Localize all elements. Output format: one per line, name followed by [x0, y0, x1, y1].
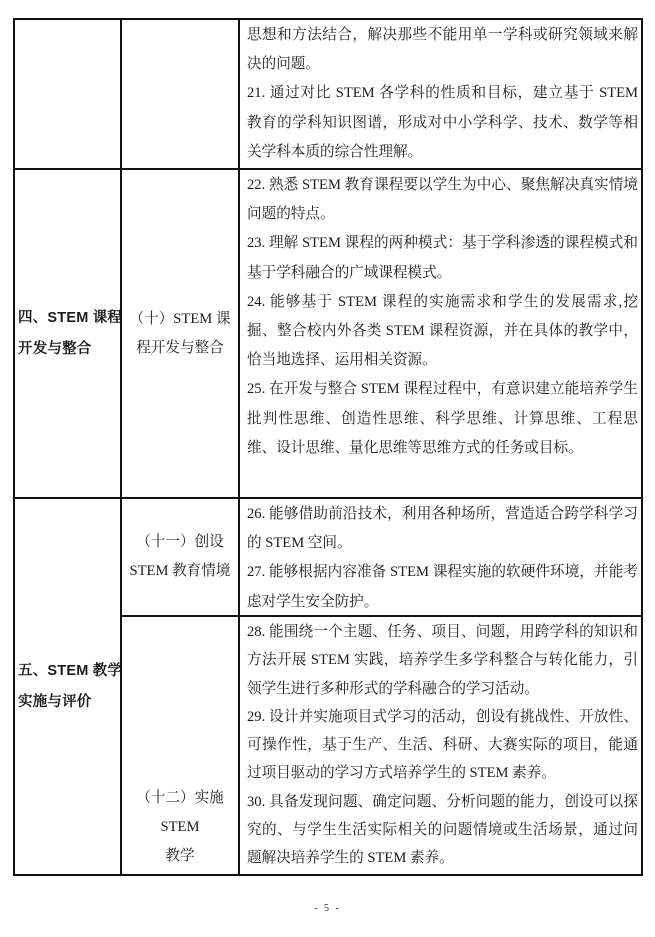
item-30: 30. 具备发现问题、确定问题、分析问题的能力，创设可以探究的、与学生生活实际相… — [247, 788, 638, 873]
subcategory-cell-twelve: （十二）实施 STEM 教学 — [122, 617, 240, 874]
subcategory-eleven-line-1: （十一）创设 — [136, 528, 224, 557]
item-25: 25. 在开发与整合 STEM 课程过程中，有意识建立能培养学生批判性思维、创造… — [247, 375, 638, 463]
item-28: 28. 能围绕一个主题、任务、项目、问题，用跨学科的知识和方法开展 STEM 实… — [247, 618, 638, 703]
subcategory-cell-eleven: （十一）创设 STEM 教育情境 — [122, 499, 240, 617]
item-26: 26. 能够借助前沿技术，利用各种场所，营造适合跨学科学习的 STEM 空间。 — [247, 500, 638, 558]
items-cell-continuation: 思想和方法结合，解决那些不能用单一学科或研究领域来解决的问题。 21. 通过对比… — [240, 20, 641, 170]
items-cell-eleven: 26. 能够借助前沿技术，利用各种场所，营造适合跨学科学习的 STEM 空间。 … — [240, 499, 641, 617]
category-five-line-1: 五、STEM 教学 — [18, 656, 119, 687]
page-number: - 5 - — [0, 903, 655, 914]
category-four-line-1: 四、STEM 课程 — [18, 303, 119, 334]
subcategory-twelve-line-2: STEM — [161, 813, 200, 842]
subcategory-twelve-line-1: （十二）实施 — [136, 784, 224, 813]
category-cell-five: 五、STEM 教学 实施与评价 — [15, 499, 122, 874]
subcategory-twelve-line-3: 教学 — [165, 842, 194, 871]
item-21: 21. 通过对比 STEM 各学科的性质和目标，建立基于 STEM 教育的学科知… — [247, 79, 638, 167]
item-29: 29. 设计并实施项目式学习的活动，创设有挑战性、开放性、可操作性，基于生产、生… — [247, 703, 638, 788]
document-page: 思想和方法结合，解决那些不能用单一学科或研究领域来解决的问题。 21. 通过对比… — [0, 0, 655, 937]
items-cell-twelve: 28. 能围绕一个主题、任务、项目、问题，用跨学科的知识和方法开展 STEM 实… — [240, 617, 641, 874]
subcategory-cell-empty — [122, 20, 240, 170]
item-23: 23. 理解 STEM 课程的两种模式：基于学科渗透的课程模式和基于学科融合的广… — [247, 229, 638, 287]
item-22: 22. 熟悉 STEM 教育课程要以学生为中心、聚焦解决真实情境问题的特点。 — [247, 171, 638, 229]
subcategory-ten-line-1: （十）STEM 课 — [130, 305, 231, 334]
stem-competency-table: 思想和方法结合，解决那些不能用单一学科或研究领域来解决的问题。 21. 通过对比… — [13, 18, 643, 876]
item-20-continuation: 思想和方法结合，解决那些不能用单一学科或研究领域来解决的问题。 — [247, 21, 638, 79]
category-four-line-2: 开发与整合 — [18, 334, 119, 365]
category-cell-empty — [15, 20, 122, 170]
item-27: 27. 能够根据内容准备 STEM 课程实施的软硬件环境，并能考虑对学生安全防护… — [247, 558, 638, 616]
subcategory-eleven-line-2: STEM 教育情境 — [130, 557, 231, 586]
items-cell-ten: 22. 熟悉 STEM 教育课程要以学生为中心、聚焦解决真实情境问题的特点。 2… — [240, 170, 641, 499]
category-cell-four: 四、STEM 课程 开发与整合 — [15, 170, 122, 499]
category-five-line-2: 实施与评价 — [18, 687, 119, 718]
subcategory-cell-ten: （十）STEM 课 程开发与整合 — [122, 170, 240, 499]
item-24: 24. 能够基于 STEM 课程的实施需求和学生的发展需求,挖掘、整合校内外各类… — [247, 288, 638, 376]
subcategory-ten-line-2: 程开发与整合 — [136, 334, 224, 363]
